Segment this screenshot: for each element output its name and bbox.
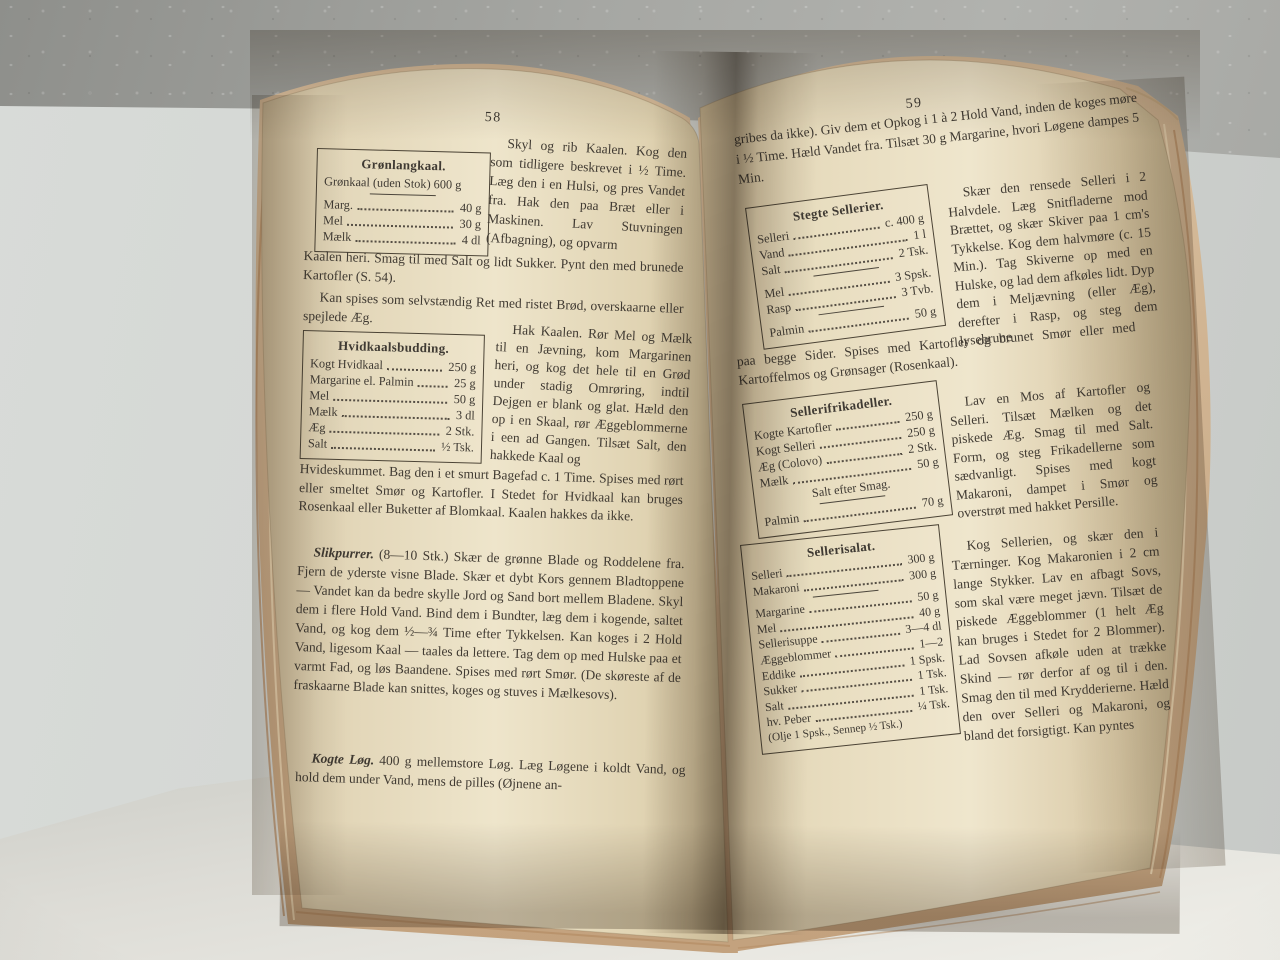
dotted-leader xyxy=(387,357,443,371)
ingredient-amount: 250 g xyxy=(448,359,476,376)
ingredient-amount: 3 dl xyxy=(456,407,475,423)
recipe-title: Grønlangkaal. xyxy=(324,154,482,175)
paragraph: Lav en Mos af Kartofler og Selleri. Tils… xyxy=(948,378,1160,523)
ingredient-amount: 2 Stk. xyxy=(445,423,474,440)
paragraph-text: (8—10 Stk.) Skær de grønne Blade og Rodd… xyxy=(293,547,684,703)
recipe-title: Hvidkaalsbudding. xyxy=(310,336,476,357)
ingredient-amount: 300 g xyxy=(908,565,936,583)
dotted-leader xyxy=(417,374,448,387)
recipe-box-gronlangkaal: Grønlangkaal. Grønkaal (uden Stok) 600 g… xyxy=(314,148,491,257)
recipe-box-sellerifrikadeller: Sellerifrikadeller. Kogte Kartofler250 g… xyxy=(742,380,953,539)
paragraph: Hvideskummet. Bag den i et smurt Bagefad… xyxy=(298,460,684,528)
ingredient-name: Mælk xyxy=(309,403,338,420)
paragraph: Kog Sellerien, og skær den i Tærninger. … xyxy=(950,522,1172,745)
ingredient-amount: 50 g xyxy=(916,454,939,473)
ingredient-name: Palmin xyxy=(764,510,801,530)
ingredient-name: Marg. xyxy=(323,196,353,213)
ingredient-amount: 25 g xyxy=(454,375,476,392)
ingredient-amount: 2 Tsk. xyxy=(898,242,930,262)
ingredient-amount: ¼ Tsk. xyxy=(917,696,950,715)
ingredient-amount: ½ Tsk. xyxy=(441,439,474,456)
dotted-leader xyxy=(333,388,448,403)
recipe-box-hvidkaalsbudding: Hvidkaalsbudding. Kogt Hvidkaal250 g Mar… xyxy=(300,330,485,464)
ingredient-amount: 50 g xyxy=(454,391,476,408)
box-divider xyxy=(370,193,436,196)
ingredient-name: Æg xyxy=(308,419,326,435)
paragraph-kogte-log: Kogte Løg.400 g mellemstore Løg. Læg Løg… xyxy=(295,748,686,798)
dotted-leader xyxy=(355,229,456,244)
ingredient-amount: 3 Tvb. xyxy=(900,280,934,300)
dotted-leader xyxy=(347,213,454,228)
paragraph: Hak Kaalen. Rør Mel og Mælk til en Jævni… xyxy=(489,320,692,474)
recipe-box-sellerisalat: Sellerisalat. Selleri300 g Makaroni300 g… xyxy=(740,524,961,755)
ingredient-name: Grønkaal (uden Stok) xyxy=(324,173,431,192)
ingredient-amount: 50 g xyxy=(914,303,937,322)
dotted-leader xyxy=(357,197,454,212)
ingredient-amount: 4 dl xyxy=(462,232,481,248)
paragraph-slikpurrer: Slikpurrer.(8—10 Stk.) Skær de grønne Bl… xyxy=(293,542,685,706)
ingredient-name: Makaroni xyxy=(752,580,800,600)
recipe-inline-heading: Kogte Løg. xyxy=(311,751,374,768)
ingredient-row: Grønkaal (uden Stok) 600 g xyxy=(324,173,482,193)
ingredient-amount: 30 g xyxy=(459,216,481,233)
dotted-leader xyxy=(331,436,435,451)
ingredient-name: Vand xyxy=(758,244,785,263)
ingredient-row: Mælk4 dl xyxy=(322,228,480,248)
ingredient-name: Mælk xyxy=(322,228,351,245)
ingredient-name: Kogt Hvidkaal xyxy=(310,355,383,373)
ingredient-name: Salt xyxy=(308,435,328,451)
ingredient-amount: 40 g xyxy=(460,200,482,217)
recipe-box-stegte-sellerier: Stegte Sellerier. Selleric. 400 g Vand1 … xyxy=(745,184,946,350)
ingredient-name: Salt xyxy=(760,261,781,279)
ingredient-name: Rasp xyxy=(765,299,791,318)
ingredient-amount: 70 g xyxy=(921,492,944,511)
paragraph: Skyl og rib Kaalen. Kog den som tidliger… xyxy=(486,133,688,258)
ingredient-name: Mel xyxy=(309,387,329,404)
ingredient-amount: 1 l xyxy=(912,226,927,244)
page-number-58: 58 xyxy=(484,110,502,127)
dotted-leader xyxy=(329,420,439,435)
ingredient-row: Salt½ Tsk. xyxy=(308,435,474,455)
ingredient-amount: 600 g xyxy=(433,176,461,193)
recipe-inline-heading: Slikpurrer. xyxy=(313,545,374,562)
book-text-content: 58 Grønlangkaal. Grønkaal (uden Stok) 60… xyxy=(0,0,1280,960)
ingredient-name: Palmin xyxy=(768,320,805,340)
ingredient-name: Mel xyxy=(323,212,343,229)
dotted-leader xyxy=(341,404,450,419)
